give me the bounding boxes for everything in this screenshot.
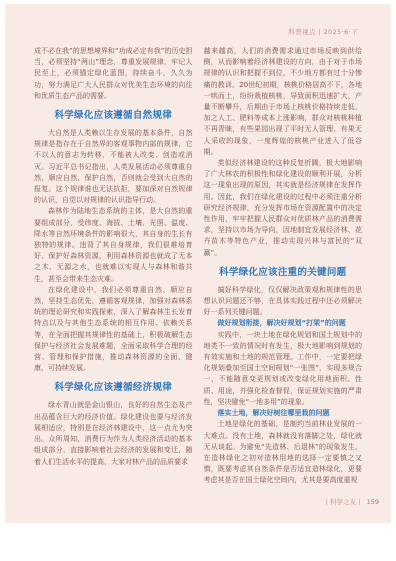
page-footer: 丨科学之友丨 159 [324, 497, 379, 506]
page-header-edition: 科普视点 | 2025·6·下 [288, 27, 358, 36]
subheading-planning: 做好规划衔接，解决好规划“打架”的问题 [204, 318, 363, 329]
section-heading-key-issues: 科学绿化应该注重的关键问题 [204, 267, 363, 279]
paragraph: 绿水青山就是金山银山，良好的自然生态及产出品蕴含巨大的经济价值。绿化建设也要与经… [34, 400, 193, 467]
paragraph: 土地是绿化的基础，是制约当前林业发展的一大难点。没有土地，森林就没有落脚之处，绿… [204, 419, 363, 486]
right-column: 越来越高，人们的消费需求通过市场反映到供给侧，从而影响着经济林建设的方向，由于对… [204, 46, 363, 487]
magazine-page: 科普视点 | 2025·6·下 成不必在我”的思想境界和“功成必定有我”的历史担… [5, 4, 391, 523]
left-column: 成不必在我”的思想境界和“功成必定有我”的历史担当，必须坚持“两山”理念，尊重发… [34, 46, 193, 487]
paragraph-continuation: 成不必在我”的思想境界和“功成必定有我”的历史担当，必须坚持“两山”理念，尊重发… [34, 46, 193, 102]
section-heading-natural-law: 科学绿化应该遵循自然规律 [34, 110, 193, 122]
section-heading-economic-law: 科学绿化应该遵循经济规律 [34, 382, 193, 394]
paragraph: 搞好科学绿化，仅仅解决政策观和规律性的思想认识问题还不够，在具体实践过程中还必须… [204, 285, 363, 319]
article-columns: 成不必在我”的思想境界和“功成必定有我”的历史担当，必须坚持“两山”理念，尊重发… [34, 46, 362, 487]
paragraph: 实践中，一块土地在绿化规划和国土规划中的地类不一致的情况时有发生，极大地影响到规… [204, 330, 363, 408]
paragraph: 类似经济林建设的这种反复折腾，极大地影响了广大林农的积极性和绿化建设的顺利开展，… [204, 158, 363, 259]
magazine-name: 丨科学之友丨 [324, 497, 363, 506]
paragraph: 大自然是人类赖以生存发展的基本条件，自然规律是指存在于自然界的客观事物内部的规律… [34, 128, 193, 206]
paragraph: 森林作为陆地生态系统的主体，是大自然的重要组成部分，受纬度、海拔、土壤、光照、温… [34, 206, 193, 284]
paragraph-continuation: 越来越高，人们的消费需求通过市场反映到供给侧，从而影响着经济林建设的方向，由于对… [204, 46, 363, 158]
page-number: 159 [367, 498, 379, 506]
subheading-land: 落实土地，解决好树往哪里栽的问题 [204, 408, 363, 419]
screenshot-stage: 科普视点 | 2025·6·下 成不必在我”的思想境界和“功成必定有我”的历史担… [0, 0, 396, 561]
paragraph: 在绿化建设中，我们必须尊重自然、顺应自然，坚持生态优先，遵循客观规律，加强对森林… [34, 285, 193, 375]
